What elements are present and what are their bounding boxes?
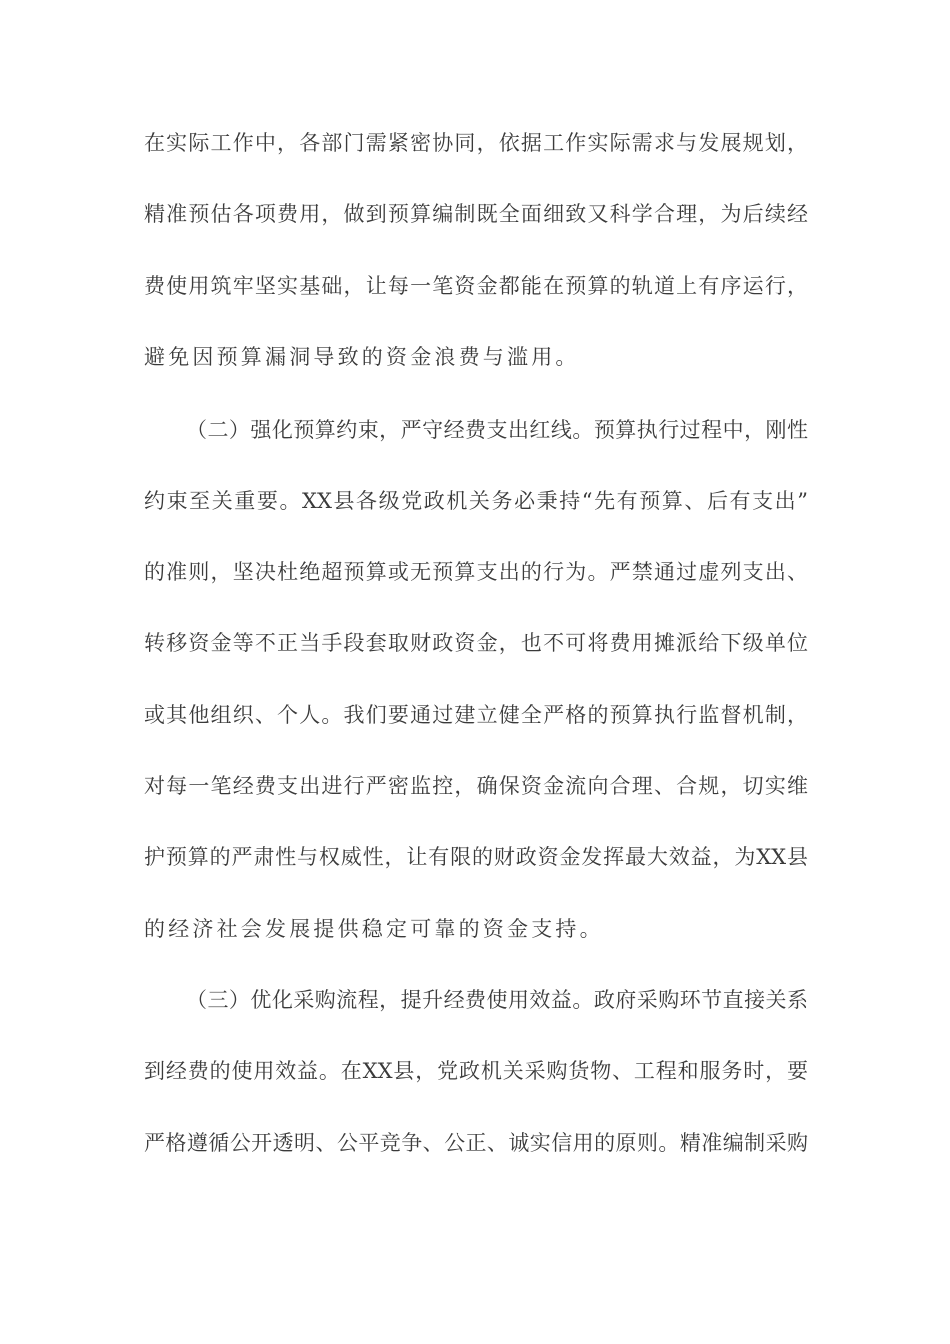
section-heading-line: （二）强化预算约束，严守经费支出红线。预算执行过程中，刚性 [186, 415, 808, 445]
paragraph-line: 转移资金等不正当手段套取财政资金，也不可将费用摊派给下级单位 [144, 628, 808, 658]
section-heading-line: （三）优化采购流程，提升经费使用效益。政府采购环节直接关系 [186, 985, 808, 1015]
paragraph-line: 护预算的严肃性与权威性，让有限的财政资金发挥最大效益，为XX县 [144, 842, 808, 872]
paragraph-line: 精准预估各项费用，做到预算编制既全面细致又科学合理，为后续经 [144, 199, 808, 229]
paragraph-line: 的准则，坚决杜绝超预算或无预算支出的行为。严禁通过虚列支出、 [144, 557, 808, 587]
paragraph-line: 避免因预算漏洞导致的资金浪费与滥用。 [144, 342, 808, 372]
document-page: 在实际工作中，各部门需紧密协同，依据工作实际需求与发展规划， 精准预估各项费用，… [0, 0, 950, 1344]
paragraph-line: 约束至关重要。XX县各级党政机关务必秉持“先有预算、后有支出” [144, 486, 808, 516]
paragraph-line: 对每一笔经费支出进行严密监控，确保资金流向合理、合规，切实维 [144, 771, 808, 801]
paragraph-line: 在实际工作中，各部门需紧密协同，依据工作实际需求与发展规划， [144, 128, 808, 158]
paragraph-line: 的经济社会发展提供稳定可靠的资金支持。 [144, 914, 808, 944]
paragraph-line: 严格遵循公开透明、公平竞争、公正、诚实信用的原则。精准编制采购 [144, 1128, 808, 1158]
paragraph-line: 费使用筑牢坚实基础，让每一笔资金都能在预算的轨道上有序运行， [144, 271, 808, 301]
paragraph-line: 到经费的使用效益。在XX县，党政机关采购货物、工程和服务时，要 [144, 1056, 808, 1086]
paragraph-line: 或其他组织、个人。我们要通过建立健全严格的预算执行监督机制， [144, 700, 808, 730]
